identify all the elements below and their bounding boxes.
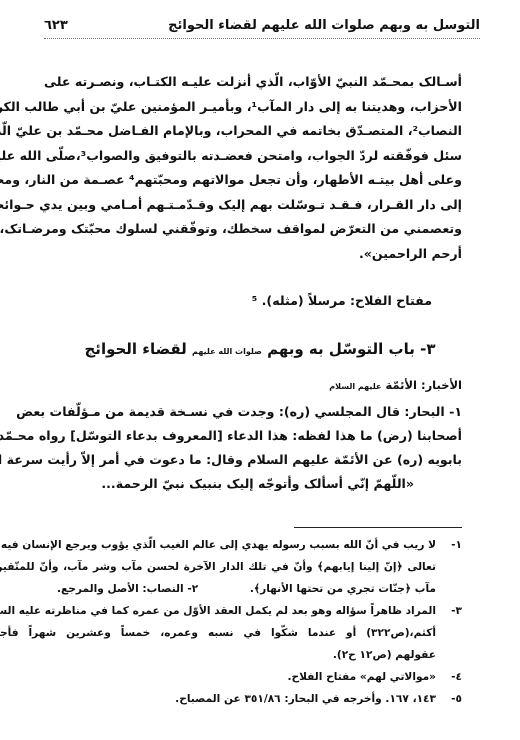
section-number: ٣-	[420, 340, 435, 358]
hadith-text: ١- البحار: قال المجلسي (ره): وجدت في نسـ…	[54, 400, 462, 496]
footnote-line: المراد ظاهراً سؤاله وهو بعد لم يكمل العق…	[0, 600, 436, 622]
book-page: التوسل به وبهم صلوات الله عليهم لقضاء ال…	[0, 0, 520, 740]
prayer-line: الأحزاب، وهديتنا به إلى دار المآب¹، وبأم…	[54, 95, 462, 120]
page-number: ٦٢٣	[44, 18, 68, 33]
header-divider	[44, 38, 480, 39]
section-heading: ٣- باب التوسّل به وبهم صلوات الله عليهم …	[0, 340, 520, 358]
source-citation: مفتاح الفلاح: مرسلاً (مثله). ⁵	[252, 293, 432, 308]
prayer-line: وعلى أهل بيتـه الأطهار، وأن تجعل موالاته…	[54, 168, 462, 193]
hadith-line: ١- البحار: قال المجلسي (ره): وجدت في نسـ…	[54, 400, 462, 424]
section-honorific: صلوات الله عليهم	[192, 347, 262, 356]
footnote-number: ٣-	[436, 600, 462, 666]
footnote-number: ٤-	[436, 666, 462, 688]
hadith-line: «اللّهمّ إنّي أسألک وأتوجّه إليک بنبيک ن…	[54, 472, 462, 496]
footnote-number: ١-	[436, 534, 462, 600]
prayer-line: أسـالک بمحـمّد النبيّ الأوّاب، الّذي أنز…	[54, 70, 462, 95]
footnote-line: عقولهم (ص١٢ ح٢).	[0, 644, 436, 666]
footnote-4: ٤- «موالاتي لهم» مفتاح الفلاح.	[54, 666, 462, 688]
prayer-line: إلى دار القـرار، فـقـد تـوسّلت بهم إليک …	[54, 193, 462, 218]
subheading: الأخبار: الأئمّة عليهم السلام	[329, 378, 462, 392]
subheading-label: الأخبار: الأئمّة	[385, 378, 462, 392]
prayer-text: أسـالک بمحـمّد النبيّ الأوّاب، الّذي أنز…	[54, 70, 462, 266]
footnote-5: ٥- ١٤٣، ١٦٧. وأخرجه في البحار: ٣٥١/٨٦ عن…	[54, 688, 462, 710]
subheading-honorific: عليهم السلام	[329, 382, 381, 391]
footnote-line: أكثم،(ص٣٢٢) أو عندما شكّوا في نسبه وعمره…	[0, 622, 436, 644]
footnote-1: ١- لا ريب في أنّ الله بسبب رسوله يهدي إل…	[54, 534, 462, 600]
prayer-line: وتعصمني من التعرّض لمواقف سخطك، وتوفّقني…	[54, 217, 462, 242]
page-header: التوسل به وبهم صلوات الله عليهم لقضاء ال…	[44, 14, 480, 36]
footnote-3: ٣- المراد ظاهراً سؤاله وهو بعد لم يكمل ا…	[54, 600, 462, 666]
section-title-part1: باب التوسّل به وبهم	[267, 340, 415, 358]
footnotes: ١- لا ريب في أنّ الله بسبب رسوله يهدي إل…	[54, 534, 462, 710]
footnote-2-text: النصاب: الأصل والمرجع.	[57, 583, 184, 595]
footnote-line: مآب ﴿جنّات تجري من تحتها الأنهار﴾. ٢- ال…	[0, 578, 436, 600]
section-title-part2: لقضاء الحوائج	[85, 340, 187, 358]
prayer-line: النصاب²، المتصـدّق بخاتمه في المحراب، وب…	[54, 119, 462, 144]
footnote-line: ١٤٣، ١٦٧. وأخرجه في البحار: ٣٥١/٨٦ عن ال…	[175, 693, 436, 705]
footnote-divider	[294, 527, 462, 528]
prayer-line: سئل فوفّقته لردّ الجواب، وامتحن فعضـدته …	[54, 144, 462, 169]
prayer-line: أرحم الراحمين».	[54, 242, 462, 267]
hadith-line: أصحابنا (رض) ما هذا لفظه: هذا الدعاء [ال…	[54, 424, 462, 448]
footnote-number: ٥-	[436, 688, 462, 710]
footnote-line: تعالى ﴿إنّ إلينا إيابهم﴾ وأنّ في تلك الد…	[0, 556, 436, 578]
footnote-line: لا ريب في أنّ الله بسبب رسوله يهدي إلى ع…	[0, 534, 436, 556]
footnote-line: «موالاتي لهم» مفتاح الفلاح.	[287, 671, 436, 683]
footnote-number: ٢-	[187, 583, 198, 595]
hadith-line: بابويه (ره) عن الأئمّة عليهم السلام وقال…	[54, 448, 462, 472]
running-title: التوسل به وبهم صلوات الله عليهم لقضاء ال…	[168, 18, 480, 33]
